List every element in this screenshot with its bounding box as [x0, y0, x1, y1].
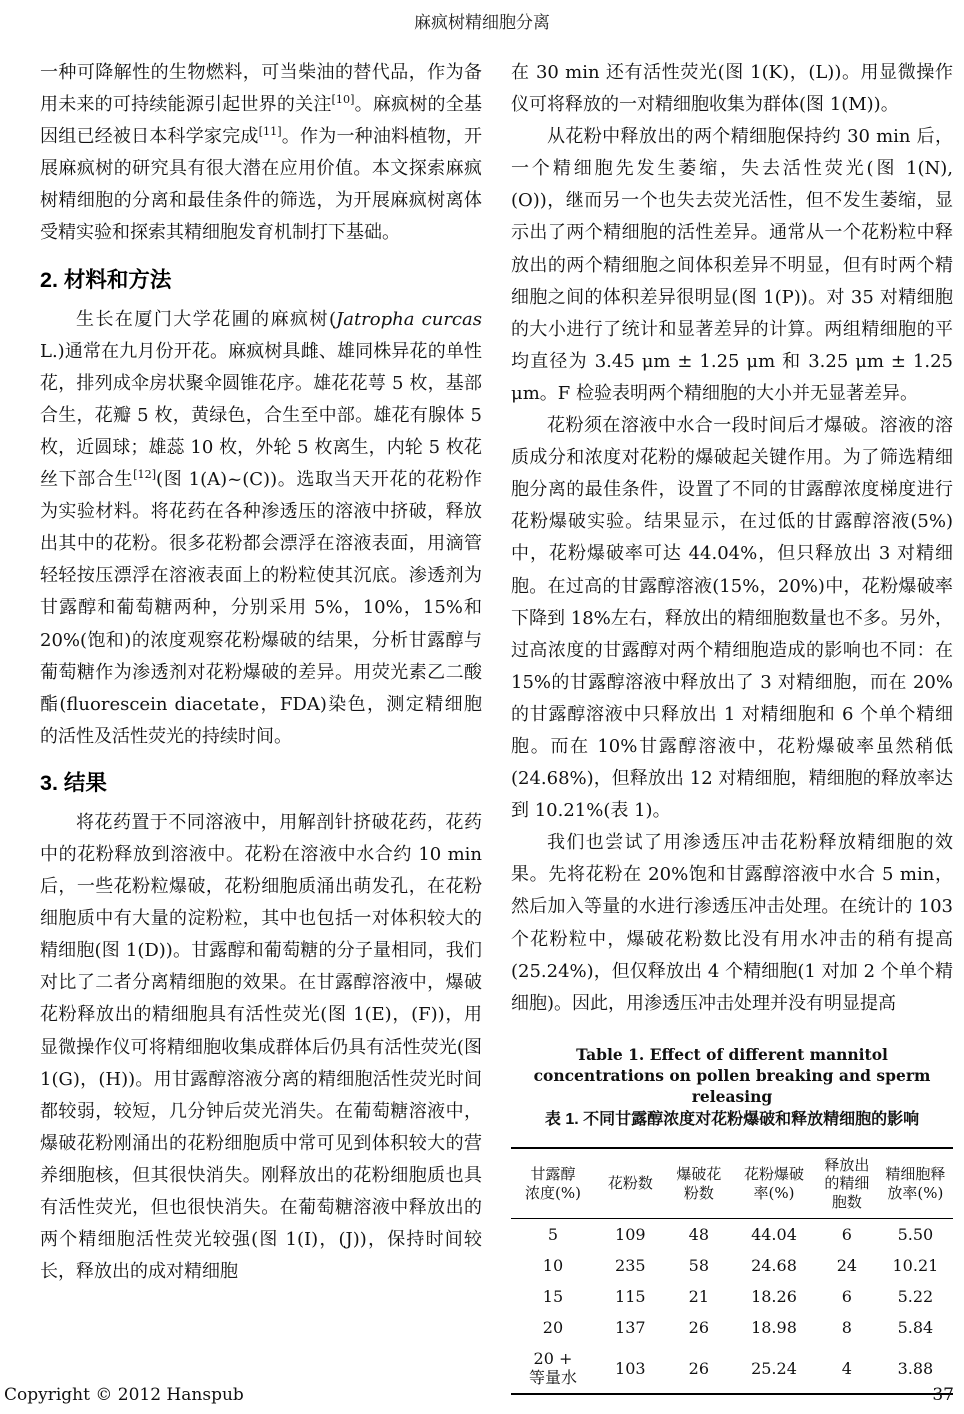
table-cell: 6 [816, 1281, 878, 1312]
section-heading-results: 3. 结果 [40, 768, 482, 798]
paragraph-methods: 生长在厦门大学花圃的麻疯树(Jatropha curcas L.)通常在九月份开… [40, 304, 482, 753]
table-cell: 48 [666, 1219, 732, 1251]
reference-superscript: [12] [133, 468, 156, 481]
column-header: 甘露醇 浓度(%) [511, 1148, 595, 1219]
table-cell: 24 [816, 1250, 878, 1281]
paragraph-results: 将花药置于不同溶液中，用解剖针挤破花药，花药中的花粉释放到溶液中。花粉在溶液中水… [40, 807, 482, 1288]
table-header-row: 甘露醇 浓度(%) 花粉数 爆破花 粉数 花粉爆破 率(%) 释放出 的精细 胞… [511, 1148, 953, 1219]
table-cell: 58 [666, 1250, 732, 1281]
column-header: 花粉爆破 率(%) [732, 1148, 816, 1219]
table-cell: 10.21 [878, 1250, 953, 1281]
paragraph-continued: 在 30 min 还有活性荧光(图 1(K)，(L))。用显微操作仪可将释放的一… [511, 57, 953, 121]
reference-superscript: [10] [332, 93, 355, 106]
table-cell: 5.50 [878, 1219, 953, 1251]
table-body: 51094844.0465.50102355824.682410.2115115… [511, 1219, 953, 1395]
table-cell: 15 [511, 1281, 595, 1312]
table-cell: 6 [816, 1219, 878, 1251]
table-cell: 8 [816, 1312, 878, 1343]
table-row: 151152118.2665.22 [511, 1281, 953, 1312]
table-cell: 10 [511, 1250, 595, 1281]
column-header: 精细胞释 放率(%) [878, 1148, 953, 1219]
table-cell: 24.68 [732, 1250, 816, 1281]
column-header: 爆破花 粉数 [666, 1148, 732, 1219]
mannitol-results-table: 甘露醇 浓度(%) 花粉数 爆破花 粉数 花粉爆破 率(%) 释放出 的精细 胞… [511, 1147, 953, 1396]
right-column: 在 30 min 还有活性荧光(图 1(K)，(L))。用显微操作仪可将释放的一… [511, 57, 953, 1395]
column-header: 花粉数 [595, 1148, 666, 1219]
text-segment: 生长在厦门大学花圃的麻疯树( [76, 309, 336, 330]
table-cell: 235 [595, 1250, 666, 1281]
text-segment: (图 1(A)~(C))。选取当天开花的花粉作为实验材料。将花药在各种渗透压的溶… [40, 469, 482, 747]
left-column: 一种可降解性的生物燃料，可当柴油的替代品，作为备用未来的可持续能源引起世界的关注… [40, 57, 482, 1288]
table-cell: 5.22 [878, 1281, 953, 1312]
column-header: 释放出 的精细 胞数 [816, 1148, 878, 1219]
running-head-title: 麻疯树精细胞分离 [0, 8, 964, 33]
table-caption-chinese: 表 1. 不同甘露醇浓度对花粉爆破和释放精细胞的影响 [511, 1108, 953, 1132]
table-cell: 21 [666, 1281, 732, 1312]
table-cell: 5.84 [878, 1312, 953, 1343]
table-cell: 115 [595, 1281, 666, 1312]
section-heading-methods: 2. 材料和方法 [40, 265, 482, 295]
table-cell: 44.04 [732, 1219, 816, 1251]
table-cell: 18.98 [732, 1312, 816, 1343]
table-cell: 5 [511, 1219, 595, 1251]
table-row: 201372618.9885.84 [511, 1312, 953, 1343]
page-footer: Copyright © 2012 Hanspub 37 [4, 1385, 954, 1405]
paragraph-osmotic-shock: 我们也尝试了用渗透压冲击花粉释放精细胞的效果。先将花粉在 20%饱和甘露醇溶液中… [511, 827, 953, 1020]
table-cell: 137 [595, 1312, 666, 1343]
table-cell: 18.26 [732, 1281, 816, 1312]
paragraph-intro: 一种可降解性的生物燃料，可当柴油的替代品，作为备用未来的可持续能源引起世界的关注… [40, 57, 482, 250]
copyright-text: Copyright © 2012 Hanspub [4, 1385, 244, 1405]
table-cell: 20 [511, 1312, 595, 1343]
table-cell: 26 [666, 1312, 732, 1343]
table-row: 51094844.0465.50 [511, 1219, 953, 1251]
species-name-italic: Jatropha curcas [336, 309, 482, 330]
table-block: Table 1. Effect of different mannitol co… [511, 1044, 953, 1396]
reference-superscript: [11] [259, 125, 282, 138]
table-caption-english: Table 1. Effect of different mannitol co… [511, 1044, 953, 1107]
paragraph-concentration: 花粉须在溶液中水合一段时间后才爆破。溶液的溶质成分和浓度对花粉的爆破起关键作用。… [511, 410, 953, 827]
table-row: 102355824.682410.21 [511, 1250, 953, 1281]
text-segment: L.)通常在九月份开花。麻疯树具雌、雄同株异花的单性花，排列成伞房状聚伞圆锥花序… [40, 341, 482, 490]
page-number: 37 [932, 1385, 954, 1405]
table-cell: 109 [595, 1219, 666, 1251]
paragraph-sperm-pair: 从花粉中释放出的两个精细胞保持约 30 min 后，一个精细胞先发生萎缩，失去活… [511, 121, 953, 410]
